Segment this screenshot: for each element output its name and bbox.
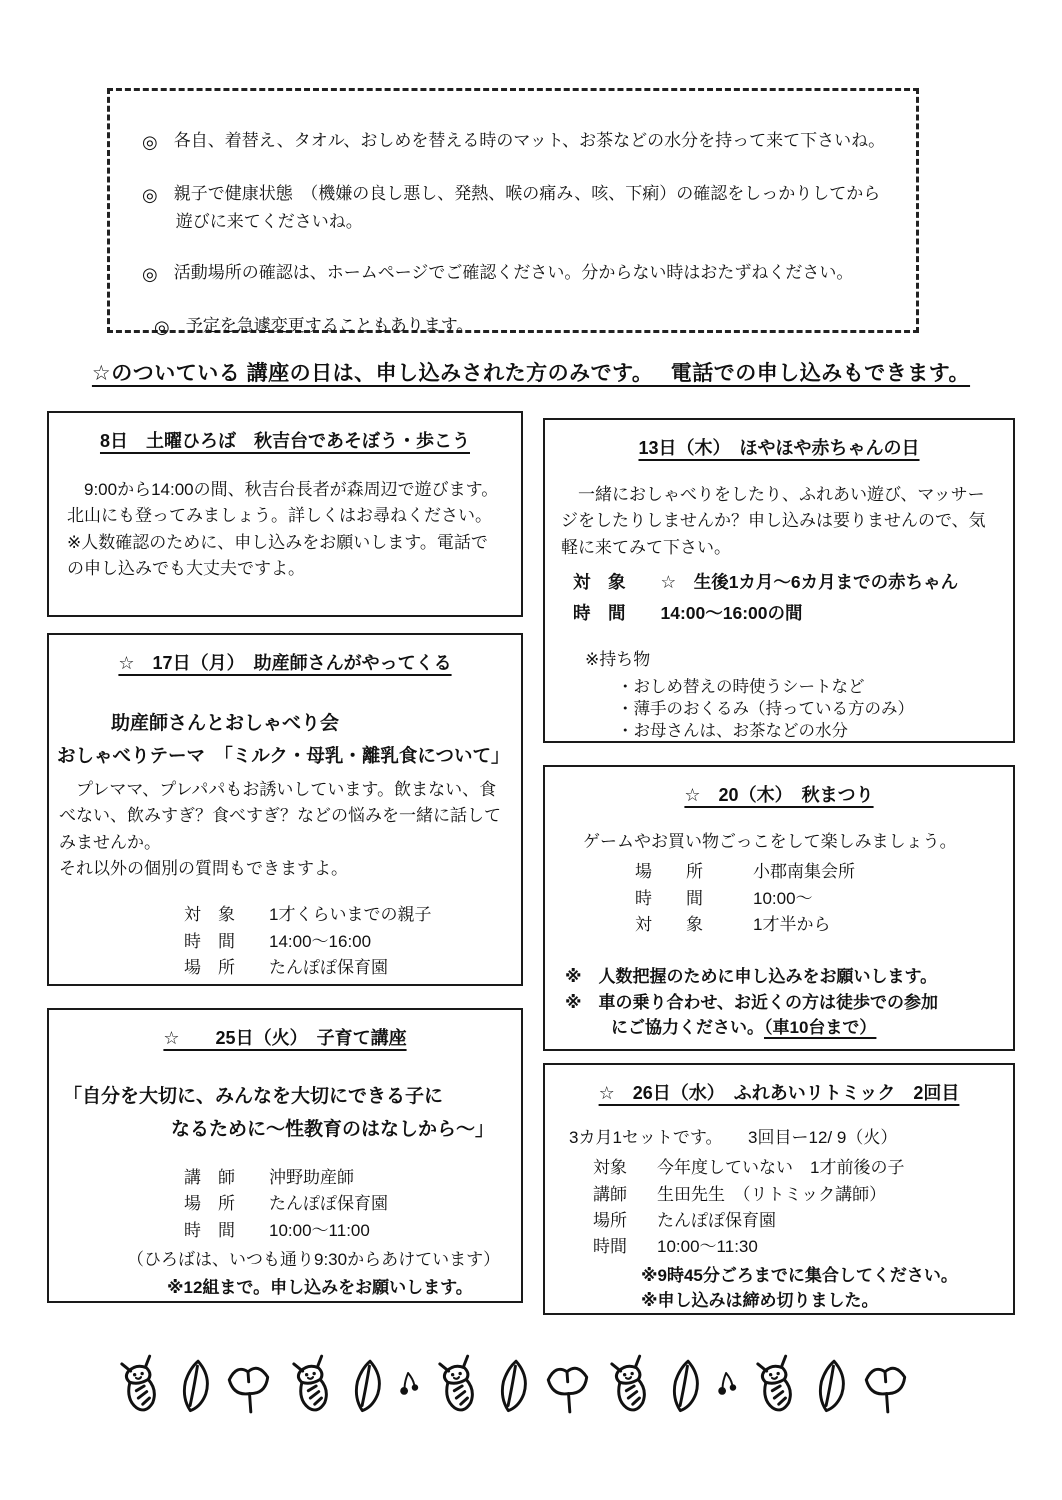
berry-icon <box>394 1366 423 1406</box>
event-note: （ひろばは、いつも通り9:30からあけています） <box>127 1247 521 1273</box>
belongings-list: ・おしめ替えの時使うシートなど ・薄手のおくるみ（持っている方のみ） ・お母さん… <box>617 676 1013 743</box>
target-line: 対 象 ☆ 生後1カ月～6カ月までの赤ちゃん <box>573 569 1013 596</box>
leaf-icon <box>171 1354 218 1418</box>
belongings-title: ※持ち物 <box>585 647 1013 673</box>
event-body: ゲームやお買い物ごっこをして楽しみましょう。 <box>583 829 1013 855</box>
footer-doodles <box>112 1342 912 1430</box>
event-note: にご協力ください。（車10台まで） <box>565 1015 1013 1041</box>
newsletter-page: ◎ 各自、着替え、タオル、おしめを替える時のマット、お茶などの水分を持って来て下… <box>0 0 1062 1500</box>
event-body: 一緒におしゃべりをしたり、ふれあい遊び、マッサージをしたりしませんか？申し込みは… <box>561 482 997 561</box>
detail-row: 時間10:00～11:30 <box>593 1234 1013 1260</box>
event-note: ※12組まで。申し込みをお願いします。 <box>167 1275 521 1301</box>
note-item: ◎ 親子で健康状態 （機嫌の良し悪し、発熱、喉の痛み、咳、下痢）の確認をしっかり… <box>142 182 890 234</box>
note-item: ◎ 予定を急遽変更することもあります。 <box>142 314 890 340</box>
event-title: ☆ 25日（火） 子育て講座 <box>55 1024 515 1050</box>
detail-row: 場 所小郡南集会所 <box>635 859 1013 885</box>
double-circle-bullet-icon: ◎ <box>154 314 170 340</box>
detail-row: 場 所たんぽぽ保育園 <box>184 955 521 981</box>
note-text: 予定を急遽変更することもあります。 <box>186 314 474 339</box>
belonging-item: ・薄手のおくるみ（持っている方のみ） <box>617 698 1013 720</box>
leaf-icon <box>662 1354 709 1418</box>
detail-row: 講師生田先生 （リトミック講師） <box>593 1182 1013 1208</box>
detail-row: 時 間10:00～11:00 <box>184 1218 521 1244</box>
event-details: 場 所小郡南集会所 時 間10:00～ 対 象1才半から <box>635 859 1013 938</box>
acorn-icon <box>744 1349 808 1423</box>
lecture-theme-line1: 「自分を大切に、みんなを大切にできる子に <box>49 1082 521 1111</box>
note-text: 遊びに来てくださいね。 <box>174 210 881 235</box>
event-title: 8日 土曜ひろば 秋吉台であそぼう・歩こう <box>55 427 515 453</box>
event-body: 9:00から14:00の間、秋吉台長者が森周辺で遊びます。北山にも登ってみましょ… <box>67 477 503 530</box>
event-note: ※人数確認のために、申し込みをお願いします。電話での申し込みでも大丈夫ですよ。 <box>67 530 503 583</box>
detail-row: 時 間14:00～16:00 <box>184 929 521 955</box>
event-details: 講 師沖野助産師 場 所たんぽぽ保育園 時 間10:00～11:00 <box>184 1165 521 1244</box>
leaf-icon <box>808 1354 855 1418</box>
acorn-icon <box>597 1349 661 1423</box>
lecture-theme-line2: なるために～性教育のはなしから～」 <box>49 1115 521 1144</box>
event-subtitle: 助産師さんとおしゃべり会 <box>49 709 521 738</box>
event-card-baby-day: 13日（木） ほやほや赤ちゃんの日 一緒におしゃべりをしたり、ふれあい遊び、マッ… <box>543 418 1015 743</box>
detail-row: 場所たんぽぽ保育園 <box>593 1208 1013 1234</box>
event-body: 3カ月1セットです。 3回目ー12/ 9（火） <box>569 1125 1013 1151</box>
event-card-parenting-lecture: ☆ 25日（火） 子育て講座 「自分を大切に、みんなを大切にできる子に なるため… <box>47 1008 523 1303</box>
event-body: それ以外の個別の質問もできますよ。 <box>59 856 511 882</box>
acorn-icon <box>425 1349 489 1423</box>
event-details: 対 象1才くらいまでの親子 時 間14:00～16:00 場 所たんぽぽ保育園 <box>184 902 521 981</box>
acorn-icon <box>279 1349 343 1423</box>
belonging-item: ・おしめ替えの時使うシートなど <box>617 676 1013 698</box>
event-notes: ※ 人数把握のために申し込みをお願いします。 ※ 車の乗り合わせ、お近くの方は徒… <box>565 964 1013 1041</box>
detail-row: 講 師沖野助産師 <box>184 1165 521 1191</box>
note-text: 活動場所の確認は、ホームページでご確認ください。分からない時はおたずねください。 <box>174 261 854 286</box>
double-circle-bullet-icon: ◎ <box>142 182 158 234</box>
berry-icon <box>712 1366 741 1406</box>
event-title: ☆ 20（木） 秋まつり <box>551 781 1007 807</box>
leaf-icon <box>489 1354 536 1418</box>
event-card-midwife: ☆ 17日（月） 助産師さんがやってくる 助産師さんとおしゃべり会 おしゃべりテ… <box>47 633 523 986</box>
event-title: ☆ 26日（水） ふれあいリトミック 2回目 <box>551 1079 1007 1105</box>
leaf-icon <box>343 1354 390 1418</box>
event-title: ☆ 17日（月） 助産師さんがやってくる <box>55 649 515 675</box>
note-item: ◎ 活動場所の確認は、ホームページでご確認ください。分からない時はおたずねくださ… <box>142 261 890 287</box>
event-details: 対象今年度していない 1才前後の子 講師生田先生 （リトミック講師） 場所たんぽ… <box>593 1155 1013 1260</box>
event-card-saturday-hiroba: 8日 土曜ひろば 秋吉台であそぼう・歩こう 9:00から14:00の間、秋吉台長… <box>47 411 523 617</box>
double-circle-bullet-icon: ◎ <box>142 129 158 155</box>
detail-row: 場 所たんぽぽ保育園 <box>184 1191 521 1217</box>
detail-row: 対 象1才くらいまでの親子 <box>184 902 521 928</box>
note-text: 親子で健康状態 （機嫌の良し悪し、発熱、喉の痛み、咳、下痢）の確認をしっかりして… <box>174 182 881 207</box>
event-body: プレママ、プレパパもお誘いしています。飲まない、食べない、飲みすぎ？食べすぎ？な… <box>59 777 511 856</box>
event-note: ※ 人数把握のために申し込みをお願いします。 <box>565 964 1013 990</box>
note-item: ◎ 各自、着替え、タオル、おしめを替える時のマット、お茶などの水分を持って来て下… <box>142 129 890 155</box>
double-circle-bullet-icon: ◎ <box>142 261 158 287</box>
detail-row: 対象今年度していない 1才前後の子 <box>593 1155 1013 1181</box>
general-notes-box: ◎ 各自、着替え、タオル、おしめを替える時のマット、お茶などの水分を持って来て下… <box>107 88 919 333</box>
car-limit-underlined: （車10台まで） <box>764 1018 876 1037</box>
ginkgo-icon <box>540 1353 596 1418</box>
event-title: 13日（木） ほやほや赤ちゃんの日 <box>551 434 1007 460</box>
event-theme: おしゃべりテーマ 「ミルク・母乳・離乳食について」 <box>49 742 521 771</box>
headline-text: ☆のついている 講座の日は、申し込みされた方のみです。 電話での申し込みもできま… <box>92 362 970 385</box>
application-headline: ☆のついている 講座の日は、申し込みされた方のみです。 電話での申し込みもできま… <box>0 357 1062 387</box>
time-line: 時 間 14:00～16:00の間 <box>573 600 1013 627</box>
ginkgo-icon <box>221 1353 277 1418</box>
detail-row: 時 間10:00～ <box>635 886 1013 912</box>
event-card-rhythmic: ☆ 26日（水） ふれあいリトミック 2回目 3カ月1セットです。 3回目ー12… <box>543 1063 1015 1315</box>
ginkgo-icon <box>858 1353 914 1418</box>
event-note: ※9時45分ごろまでに集合してください。 <box>641 1263 1013 1289</box>
event-note: ※ 車の乗り合わせ、お近くの方は徒歩での参加 <box>565 990 1013 1016</box>
event-card-autumn-festival: ☆ 20（木） 秋まつり ゲームやお買い物ごっこをして楽しみましょう。 場 所小… <box>543 765 1015 1051</box>
event-notes: ※9時45分ごろまでに集合してください。 ※申し込みは締め切りました。 <box>641 1263 1013 1314</box>
event-note: ※申し込みは締め切りました。 <box>641 1288 1013 1314</box>
note-text: 各自、着替え、タオル、おしめを替える時のマット、お茶などの水分を持って来て下さい… <box>174 129 885 154</box>
detail-row: 対 象1才半から <box>635 912 1013 938</box>
belonging-item: ・お母さんは、お茶などの水分 <box>617 720 1013 742</box>
acorn-icon <box>107 1349 171 1423</box>
